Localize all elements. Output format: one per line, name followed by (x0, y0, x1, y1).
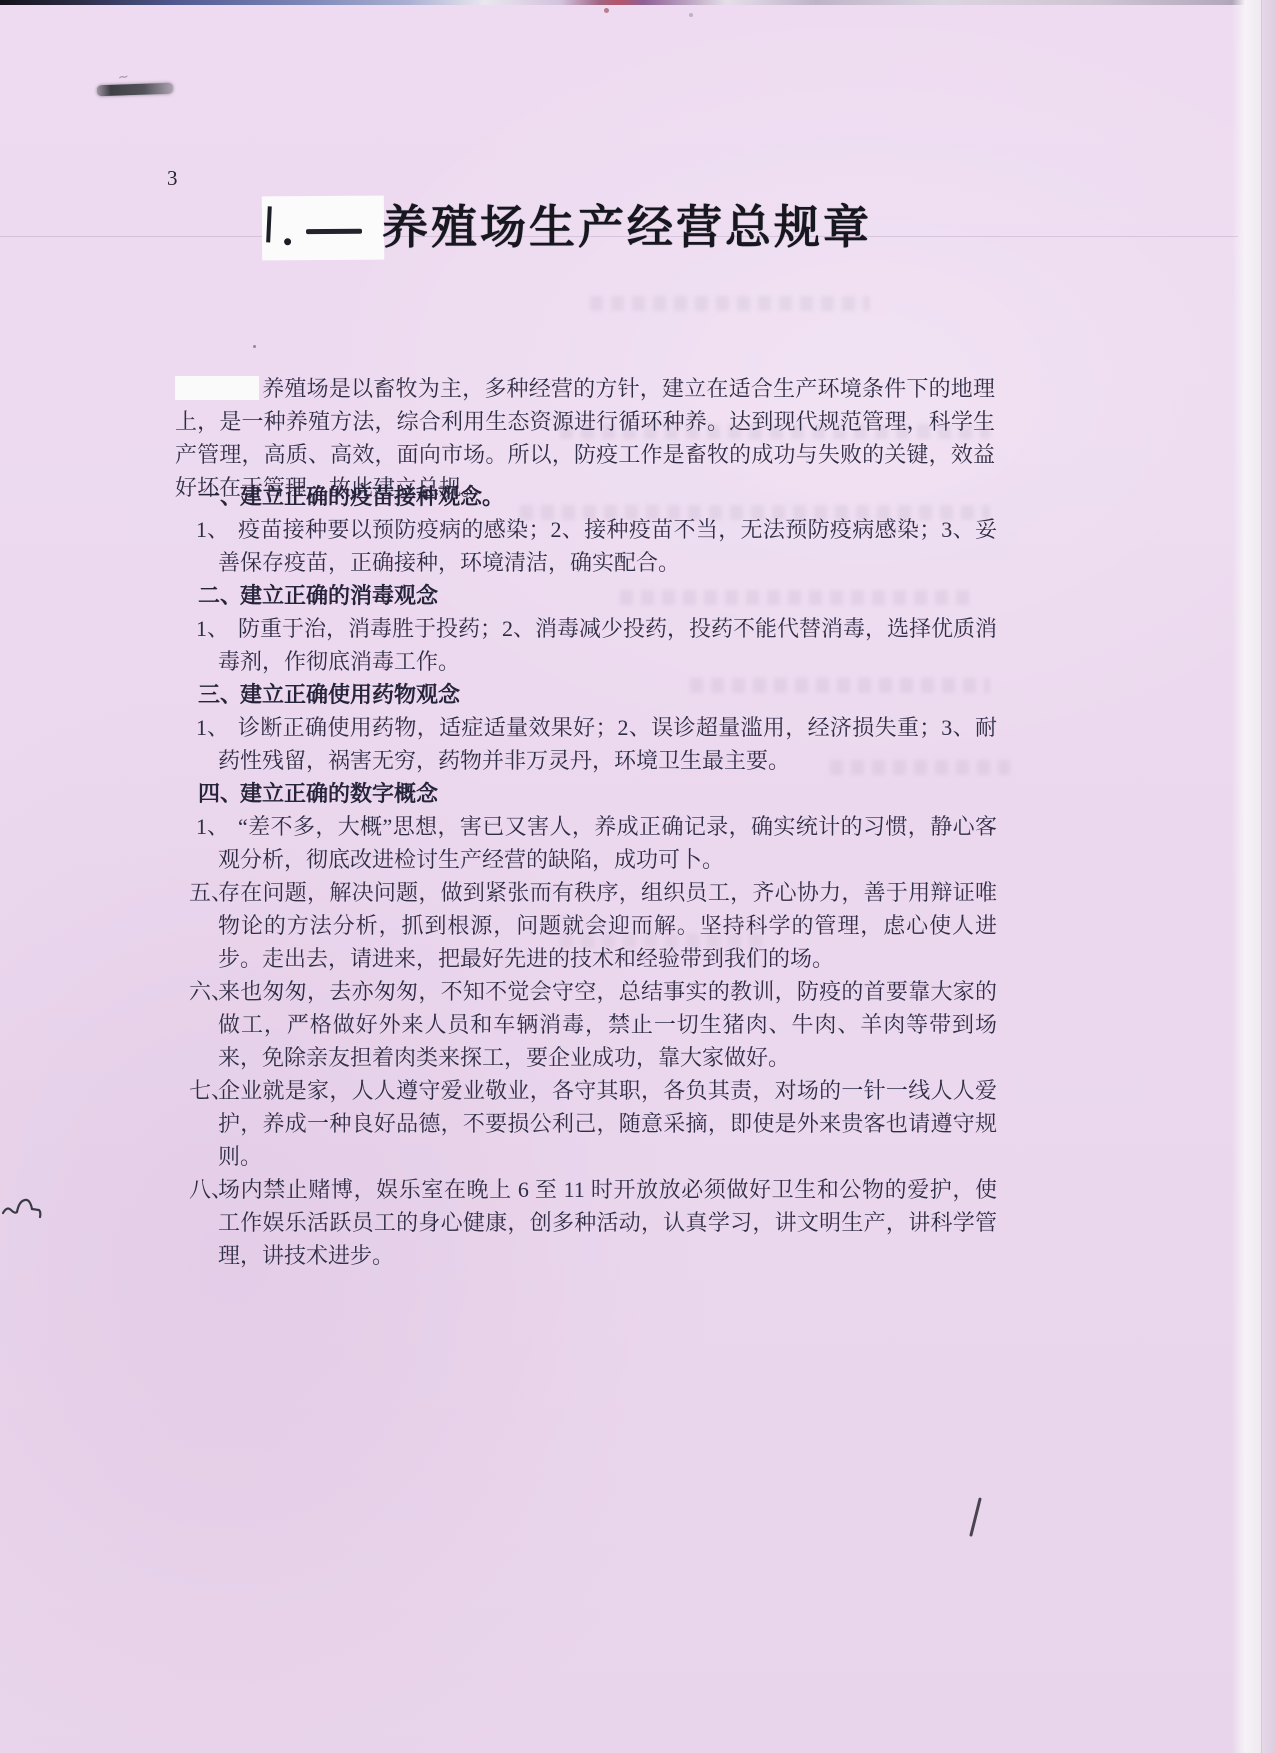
rule-marker: 八、 (189, 1173, 233, 1206)
rule-marker: 四、 (198, 777, 242, 810)
ink-smudge (97, 83, 173, 97)
redacted-glyph-fragment (266, 206, 272, 242)
inline-redaction-box (175, 376, 259, 400)
ink-speck (689, 13, 693, 17)
rule-text: 建立正确使用药物观念 (218, 678, 997, 711)
document-title: 养殖场生产经营总规章 (382, 194, 872, 262)
rule-marker: 五、 (189, 876, 233, 909)
redacted-glyph-fragment (284, 238, 291, 245)
pen-slash-mark (969, 1497, 981, 1536)
rule-text: 场内禁止赌博，娱乐室在晚上 6 至 11 时开放放必须做好卫生和公物的爱护，使工… (218, 1173, 997, 1272)
rule-marker: 1、 (196, 513, 229, 546)
rule-marker: 三、 (198, 678, 242, 711)
rule-heading-4: 四、 建立正确的数字概念 (175, 777, 997, 810)
rule-heading-2: 二、 建立正确的消毒观念 (175, 579, 997, 612)
rule-item-5: 五、 存在问题，解决问题，做到紧张而有秩序，组织员工，齐心协力，善于用辩证唯物论… (175, 876, 997, 975)
rule-text: “差不多，大概”思想，害已又害人，养成正确记录，确实统计的习惯，静心客观分析，彻… (218, 810, 997, 876)
pen-squiggle-mark (2, 1194, 44, 1220)
rule-text: 建立正确的消毒观念 (218, 579, 997, 612)
rule-item-6: 六、 来也匆匆，去亦匆匆，不知不觉会守空，总结事实的教训，防疫的首要靠大家的做工… (175, 975, 997, 1074)
rule-item-7: 七、 企业就是家，人人遵守爱业敬业，各守其职，各负其责，对场的一针一线人人爱护，… (175, 1074, 997, 1173)
rule-marker: 1、 (196, 711, 229, 744)
title-redaction-box (262, 196, 384, 261)
rule-marker: 二、 (198, 579, 242, 612)
rule-heading-1: 一、 建立正确的疫苗接种观念。 (175, 480, 997, 513)
scanned-page: ~ 3 养殖场生产经营总规章 养殖场是以畜牧为主，多种经营的方针，建立在适合生产… (0, 0, 1275, 1753)
rule-item: 1、 诊断正确使用药物，适症适量效果好；2、误诊超量滥用，经济损失重；3、耐药性… (175, 711, 997, 777)
scanner-edge-band (0, 0, 1275, 5)
page-number: 3 (167, 166, 178, 191)
paper-edge-strip (1232, 0, 1262, 1753)
rule-text: 来也匆匆，去亦匆匆，不知不觉会守空，总结事实的教训，防疫的首要靠大家的做工，严格… (218, 975, 997, 1074)
rule-item: 1、 “差不多，大概”思想，害已又害人，养成正确记录，确实统计的习惯，静心客观分… (175, 810, 997, 876)
rule-item: 1、 疫苗接种要以预防疫病的感染；2、接种疫苗不当，无法预防疫病感染；3、妥善保… (175, 513, 997, 579)
rule-text: 防重于治，消毒胜于投药；2、消毒减少投药，投药不能代替消毒，选择优质消毒剂，作彻… (218, 612, 997, 678)
bleedthrough-ghost (590, 296, 870, 311)
rules-list: 一、 建立正确的疫苗接种观念。 1、 疫苗接种要以预防疫病的感染；2、接种疫苗不… (175, 480, 997, 1272)
rule-text: 存在问题，解决问题，做到紧张而有秩序，组织员工，齐心协力，善于用辩证唯物论的方法… (218, 876, 997, 975)
redacted-glyph-fragment (306, 229, 362, 234)
rule-text: 建立正确的疫苗接种观念。 (218, 480, 997, 513)
rule-marker: 1、 (196, 810, 229, 843)
rule-text: 诊断正确使用药物，适症适量效果好；2、误诊超量滥用，经济损失重；3、耐药性残留，… (218, 711, 997, 777)
rule-text: 企业就是家，人人遵守爱业敬业，各守其职，各负其责，对场的一针一线人人爱护，养成一… (218, 1074, 997, 1173)
rule-marker: 1、 (196, 612, 229, 645)
rule-marker: 六、 (189, 975, 233, 1008)
rule-heading-3: 三、 建立正确使用药物观念 (175, 678, 997, 711)
rule-text: 建立正确的数字概念 (218, 777, 997, 810)
ink-speck (253, 345, 256, 348)
ink-speck (604, 8, 609, 13)
rule-item-8: 八、 场内禁止赌博，娱乐室在晚上 6 至 11 时开放放必须做好卫生和公物的爱护… (175, 1173, 997, 1272)
rule-text: 疫苗接种要以预防疫病的感染；2、接种疫苗不当，无法预防疫病感染；3、妥善保存疫苗… (218, 513, 997, 579)
rule-marker: 一、 (198, 480, 242, 513)
pencil-mark: ~ (117, 69, 130, 85)
scanner-bed-edge (1262, 0, 1275, 1753)
rule-marker: 七、 (189, 1074, 233, 1107)
rule-item: 1、 防重于治，消毒胜于投药；2、消毒减少投药，投药不能代替消毒，选择优质消毒剂… (175, 612, 997, 678)
